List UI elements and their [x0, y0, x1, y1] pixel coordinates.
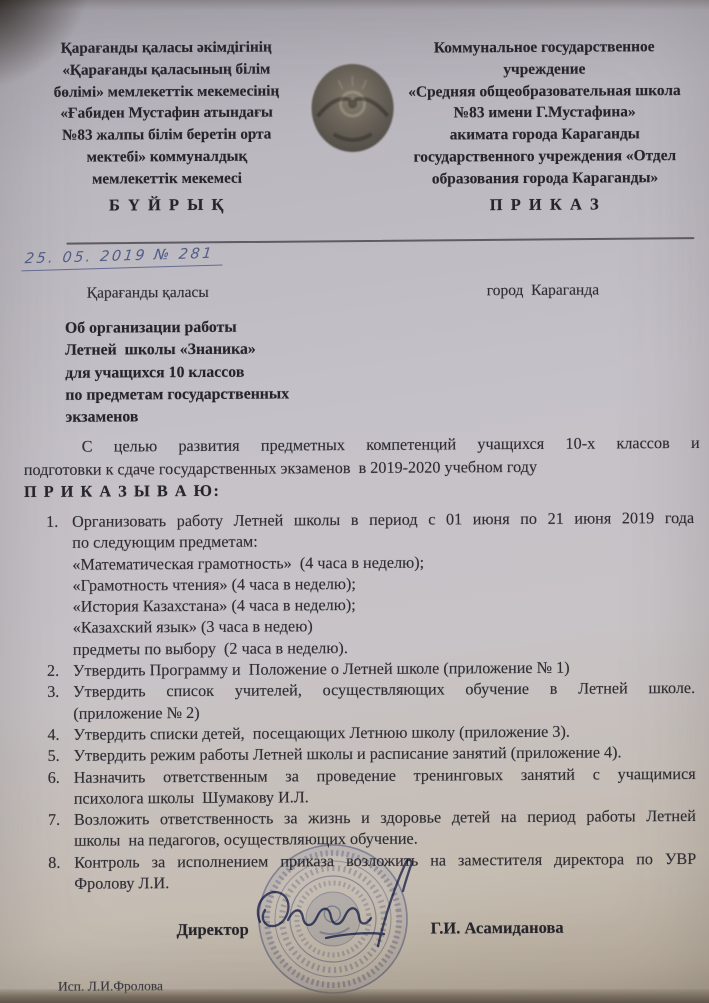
item-number: 6.: [48, 767, 60, 788]
header-russian: Коммунальное государственное учреждение …: [385, 36, 704, 191]
header-kazakh-line: мектебі» коммуналдық: [18, 145, 316, 169]
item-number: 7.: [48, 810, 60, 831]
order-item-6: 6. Назначить ответственным за проведение…: [30, 763, 696, 810]
document-photo: Қарағанды қаласы әкімдігінің «Қарағанды …: [0, 0, 709, 1003]
subject-line: Об организации работы: [65, 316, 289, 340]
item-number: 3.: [47, 682, 59, 703]
header-russian-line: государственного учреждения «Отдел: [386, 145, 704, 169]
header-russian-line: акимата города Караганды: [386, 123, 704, 147]
header-russian-line: «Средняя общеобразовательная школа: [385, 79, 703, 103]
header-russian-line: учреждение: [385, 58, 703, 82]
header-russian-line: №83 имени Г.Мустафина»: [386, 101, 704, 125]
subject-line: Летней школы «Знаника»: [65, 339, 289, 363]
header-kazakh-line: Қарағанды қаласы әкімдігінің: [17, 36, 315, 60]
item-number: 5.: [47, 746, 59, 767]
header-kazakh: Қарағанды қаласы әкімдігінің «Қарағанды …: [17, 36, 316, 190]
header-russian-line: образования города Караганды»: [386, 167, 704, 191]
place-kazakh: Қарағанды қаласы: [87, 284, 209, 303]
place-russian: город Караганда: [487, 282, 599, 301]
intro-line: подготовки к сдаче государственных экзам…: [24, 455, 700, 482]
item-line: Утвердить список учителей, осуществляющи…: [73, 678, 695, 703]
order-title-russian: П Р И К А З: [386, 194, 704, 216]
intro-paragraph: С целью развития предметных компетенций …: [24, 432, 700, 482]
header-russian-line: Коммунальное государственное: [385, 36, 703, 60]
header-kazakh-line: «Ғабиден Мустафин атындағы: [18, 102, 316, 126]
item-number: 8.: [48, 853, 60, 874]
item-number: 1.: [46, 512, 58, 533]
item-line: Организовать работу Летней школы в перио…: [72, 508, 694, 533]
subject-line: экзаменов: [65, 406, 289, 430]
subject-line: для учащихся 10 классов: [65, 361, 289, 385]
item-number: 4.: [47, 725, 59, 746]
order-item-3: 3. Утвердить список учителей, осуществля…: [29, 678, 695, 725]
header-kazakh-line: «Қарағанды қаласының білім: [17, 58, 315, 82]
header-kazakh-line: мемлекеттік мекемесі: [18, 167, 316, 191]
order-date-number: 25. 05. 2019 № 281: [21, 245, 224, 271]
kazakhstan-emblem-icon: [309, 62, 396, 155]
signature-ink: [230, 850, 430, 965]
order-item-1: 1. Организовать работу Летней школы в пе…: [28, 508, 695, 661]
header-kazakh-line: №83 жалпы білім беретін орта: [18, 123, 316, 147]
header-kazakh-line: бөлімі» мемлекеттік мекемесінің: [17, 80, 315, 104]
item-line: Возложить ответственность за жизнь и здо…: [74, 806, 696, 831]
item-number: 2.: [47, 661, 59, 682]
signature-name: Г.И. Асамиданова: [431, 918, 564, 939]
separator-line: [66, 237, 694, 244]
subject-line: по предметам государственных: [65, 383, 289, 407]
subject-block: Об организации работы Летней школы «Знан…: [65, 316, 289, 429]
photo-bottom-edge: [0, 989, 709, 1003]
order-title-kazakh: Б Ү Й Р Ы Қ: [18, 194, 316, 216]
resolve-word: П Р И К А З Ы В А Ю:: [24, 481, 221, 502]
intro-line: С целью развития предметных компетенций …: [24, 432, 700, 459]
item-line: Назначить ответственным за проведение тр…: [74, 763, 696, 788]
